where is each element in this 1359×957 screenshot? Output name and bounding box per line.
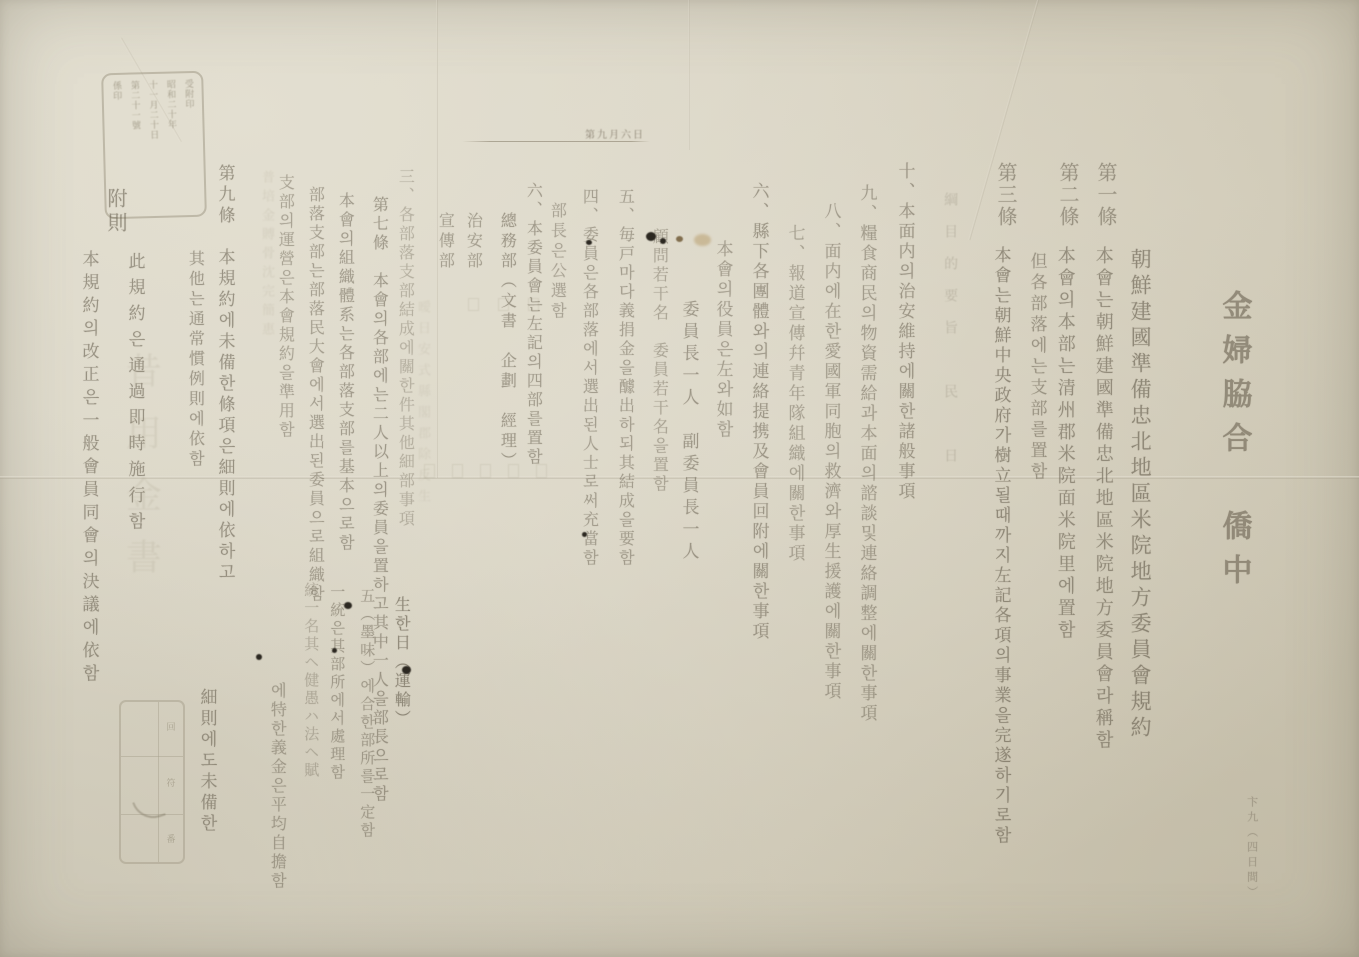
article-label: 第一條 (1094, 162, 1117, 228)
manuscript-column: 總務部（文書 企劃 經理） (498, 212, 516, 472)
manuscript-column: 六、縣下各團體와의連絡提携及會員回附에關한事項 (748, 182, 768, 642)
bleedthrough-mark (480, 464, 491, 478)
bleedthrough-mark (468, 298, 479, 311)
bleedthrough-text: 曖日安式縣閣郡除反生 (414, 300, 429, 510)
bleedthrough-mark (452, 464, 463, 478)
form-stamp-line (121, 756, 183, 757)
article-label: 第二條 (1056, 162, 1079, 228)
bleedthrough-mark (424, 464, 435, 478)
manuscript-column: 三、各部落支部結成에關한件其他細部事項 (396, 168, 414, 529)
bleedthrough-mark (508, 464, 519, 478)
checkmark-scribble (132, 794, 165, 824)
bleedthrough-mark (536, 464, 547, 478)
form-stamp-box: 回 符 番 (119, 700, 185, 864)
manuscript-column: 生한日（運輸） (392, 596, 410, 729)
ink-blot (332, 648, 337, 653)
manuscript-column: 本會의本部는清州郡米院面米院里에置함 (1054, 246, 1075, 642)
form-stamp-cell-label: 回 (163, 720, 179, 733)
bleedthrough-text: 普培金賻骨沈完簡惠 (258, 170, 273, 341)
manuscript-column: 本規約의改正은一般會員同會의決議에依함 (78, 250, 98, 687)
manuscript-column: 에特한義金은平均自擔함 (268, 682, 286, 891)
manuscript-column: 委員長一人 副委員長一人 (678, 300, 698, 564)
receipt-stamp-text: 十一月二十日 (146, 80, 162, 210)
manuscript-column: 宣傳部 (436, 212, 454, 272)
manuscript-column: 本會는朝鮮中央政府가樹立될때까지左記各項의事業을完遂하기로함 (990, 246, 1010, 846)
receipt-stamp-text: 受附印 (182, 79, 198, 209)
manuscript-column: 八、面内에在한愛國軍同胞의救濟와厚生援護에關한事項 (820, 202, 840, 702)
manuscript-column: 四、委員은各部落에서選出된人士로써充當함 (580, 188, 598, 568)
manuscript-column: 本會는朝鮮建國準備忠北地區米院地方委員會라稱함 (1092, 246, 1113, 752)
bleedthrough-mark (498, 298, 509, 311)
receipt-stamp-text: 第二十一號 (128, 80, 144, 210)
printed-header-text: 第九月六日 (585, 126, 645, 141)
fold-crease-vertical-2 (688, 0, 690, 150)
ink-blot (660, 238, 666, 244)
manuscript-column: 統一名其ヘ健愚ハ法ヘ賦 (302, 582, 319, 780)
ink-blot (582, 532, 587, 537)
manuscript-column: 第九條 本規約에未備한條項은細則에依하고 (214, 164, 234, 584)
appendix-label: 附則 (104, 188, 127, 236)
printed-marginalia: 卞九（四日間） (1245, 796, 1258, 901)
scanned-document-page: 受附印昭和二十年十一月二十日第二十一號係印 第九月六日 金婦脇合 僑中朝鮮建國準… (0, 0, 1359, 957)
form-stamp-cell-label: 番 (163, 832, 179, 845)
manuscript-column: 六、本委員會는左記의四部를置함 (524, 182, 542, 467)
ink-blot (676, 236, 683, 242)
ink-blot (344, 602, 352, 609)
bleedthrough-mark (528, 298, 539, 311)
ink-blot (586, 240, 592, 245)
manuscript-column: 一統은其部所에서處理함 (328, 584, 345, 782)
manuscript-column: 五（墨味）에合한部所를一定함 (358, 588, 375, 840)
ink-blot (256, 654, 262, 660)
stain (694, 234, 711, 246)
manuscript-column: 十、本面内의治安維持에關한諸般事項 (894, 162, 914, 502)
manuscript-column: 本會의組織體系는各部落支部를基本으로함 (336, 192, 354, 553)
manuscript-column: 五、毎戸마다義捐金을醵出하되其結成을要함 (616, 188, 634, 568)
form-stamp-divider (158, 702, 159, 862)
address-line: 金婦脇合 僑中 (1216, 290, 1251, 598)
manuscript-column: 七、報道宣傳幷青年隊組織에關한事項 (784, 224, 804, 564)
pencil-annotation: 綱目的要旨 民 日 (942, 192, 958, 480)
manuscript-column: 部落支部는部落民大會에서選出된委員으로組織함 (306, 186, 324, 604)
manuscript-column: 細則에도未備한 (196, 688, 216, 835)
document-title: 朝鮮建國準備忠北地區米院地方委員會規約 (1128, 248, 1152, 742)
manuscript-column: 治安部 (464, 212, 482, 272)
bleedthrough-large-chars: 昔用金書 (120, 352, 161, 600)
manuscript-column: 其他는通常慣例則에依함 (186, 250, 204, 470)
article-label: 第三條 (994, 162, 1017, 228)
manuscript-column: 但各部落에는支部를置함 (1026, 252, 1046, 483)
receipt-stamp-text: 昭和二十年 (164, 79, 180, 209)
printed-header-rule (462, 141, 650, 142)
manuscript-column: 九、糧食商民의物資需給과本面의諮談및連絡調整에關한事項 (856, 184, 876, 724)
manuscript-column: 支部의運營은本會規約을準用함 (276, 174, 294, 440)
ink-blot (646, 232, 656, 241)
form-stamp-cell-label: 符 (163, 776, 179, 789)
manuscript-column: 顧問若干名 委員若干名을置함 (650, 228, 668, 494)
manuscript-column: 部長은公選함 (548, 202, 566, 322)
ink-blot (402, 666, 411, 674)
manuscript-column: 本會의役員은左와如함 (712, 240, 732, 440)
